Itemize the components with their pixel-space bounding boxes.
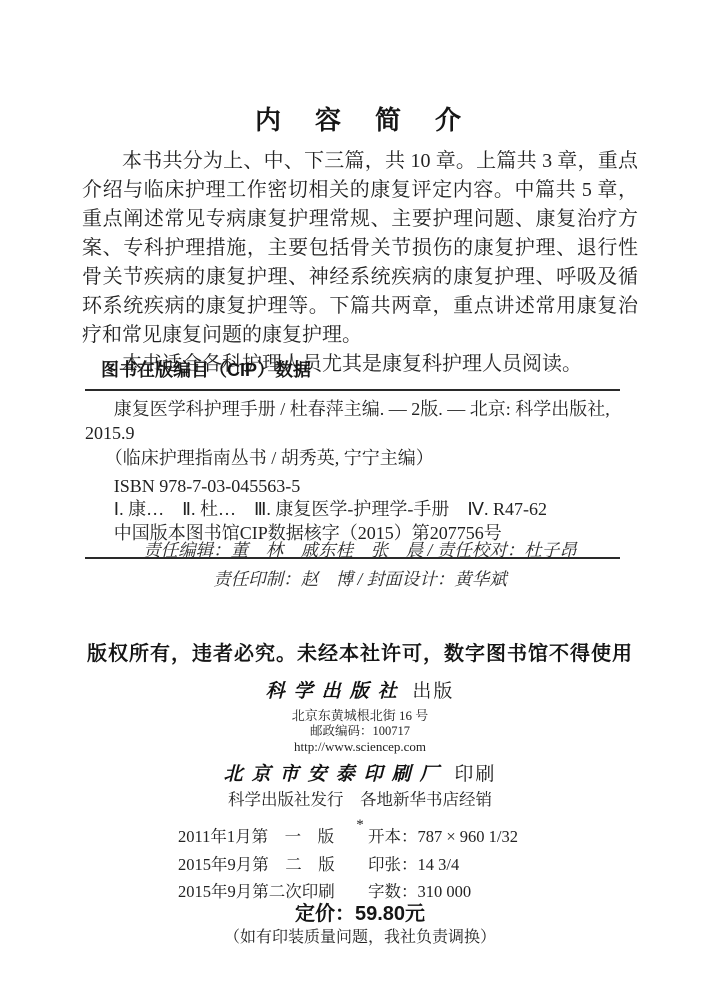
intro-title: 内 容 简 介	[82, 100, 638, 137]
cip-body: 康复医学科护理手册 / 杜春萍主编. — 2版. — 北京: 科学出版社, 20…	[85, 391, 620, 559]
printer-name: 北京市安泰印刷厂	[224, 764, 448, 785]
publisher-block: 科学出版社 出版 北京东黄城根北街 16 号 邮政编码：100717 http:…	[0, 680, 720, 833]
printer-name-line: 北京市安泰印刷厂 印刷	[0, 762, 720, 787]
intro-paragraph-1: 本书共分为上、中、下三篇，共 10 章。上篇共 3 章，重点介绍与临床护理工作密…	[82, 147, 638, 350]
exchange-note: （如有印装质量问题，我社负责调换）	[0, 924, 720, 947]
distribution-line: 科学出版社发行 各地新华书店经销	[0, 789, 720, 810]
edition-info: 2011年1月第 一 版 开本：787 × 960 1/32 2015年9月第 …	[178, 823, 518, 906]
format-spec: 开本：787 × 960 1/32	[368, 823, 518, 851]
cip-title-line: 康复医学科护理手册 / 杜春萍主编. — 2版. — 北京: 科学出版社, 20…	[85, 398, 620, 445]
press-postcode: 邮政编码：100717	[0, 724, 720, 739]
edition-row-second: 2015年9月第 二 版 印张：14 3/4	[178, 851, 518, 879]
copyright-notice: 版权所有，违者必究。未经本社许可，数字图书馆不得使用	[0, 637, 720, 666]
editors-credit-line: 责任编辑：董 林 戚东桂 张 晨 / 责任校对：杜子昂	[0, 536, 720, 565]
staff-credits: 责任编辑：董 林 戚东桂 张 晨 / 责任校对：杜子昂 责任印制：赵 博 / 封…	[0, 536, 720, 594]
press-name: 科学出版社	[266, 681, 406, 702]
content-intro-section: 内 容 简 介 本书共分为上、中、下三篇，共 10 章。上篇共 3 章，重点介绍…	[82, 100, 638, 379]
price-line: 定价：59.80元	[0, 897, 720, 926]
cip-isbn: ISBN 978-7-03-045563-5	[85, 475, 620, 499]
cip-heading: 图书在版编目（CIP）数据	[85, 356, 620, 391]
edition-row-first: 2011年1月第 一 版 开本：787 × 960 1/32	[178, 823, 518, 851]
press-website: http://www.sciencep.com	[0, 739, 720, 755]
cip-series-line: （临床护理指南丛书 / 胡秀英, 宁宁主编）	[85, 447, 620, 471]
press-address: 北京东黄城根北街 16 号	[0, 707, 720, 724]
printer-suffix: 印刷	[454, 764, 496, 785]
colophon-page: 内 容 简 介 本书共分为上、中、下三篇，共 10 章。上篇共 3 章，重点介绍…	[0, 0, 720, 1000]
cip-data-block: 图书在版编目（CIP）数据 康复医学科护理手册 / 杜春萍主编. — 2版. —…	[85, 356, 620, 559]
edition-date: 2011年1月第 一 版	[178, 823, 368, 851]
press-name-line: 科学出版社 出版	[0, 680, 720, 704]
edition-date: 2015年9月第 二 版	[178, 851, 368, 879]
press-suffix: 出版	[412, 681, 454, 702]
cip-classification: Ⅰ. 康… Ⅱ. 杜… Ⅲ. 康复医学-护理学-手册 Ⅳ. R47-62	[85, 498, 620, 522]
sheets-spec: 印张：14 3/4	[368, 851, 459, 879]
printing-credit-line: 责任印制：赵 博 / 封面设计：黄华斌	[0, 565, 720, 594]
